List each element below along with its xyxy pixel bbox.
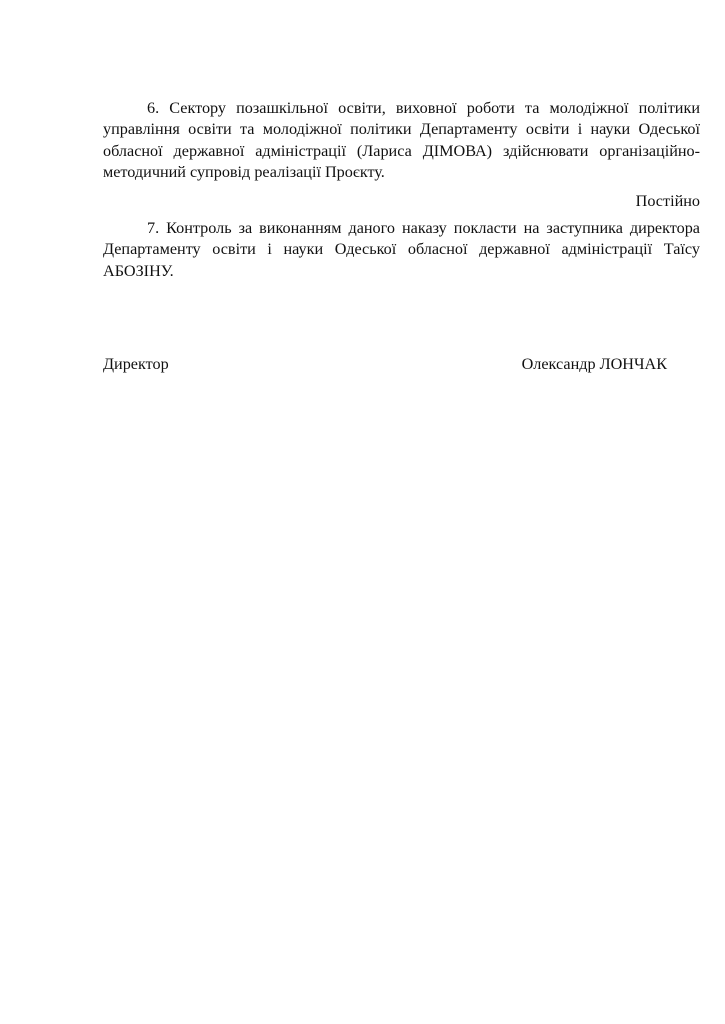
document-page: 6. Сектору позашкільної освіти, виховної… <box>0 0 725 1024</box>
signatory-name: Олександр ЛОНЧАК <box>522 354 667 375</box>
item-7-text: Контроль за виконанням даного наказу пок… <box>103 219 700 280</box>
signature-block: Директор Олександр ЛОНЧАК <box>103 354 667 375</box>
item-7-number: 7. <box>147 219 159 237</box>
item-6-term: Постійно <box>103 191 700 212</box>
item-7-paragraph: 7. Контроль за виконанням даного наказу … <box>103 218 700 282</box>
item-6-number: 6. <box>147 99 159 117</box>
document-body: 6. Сектору позашкільної освіти, виховної… <box>103 98 700 282</box>
item-6-text: Сектору позашкільної освіти, виховної ро… <box>103 99 700 181</box>
item-6-paragraph: 6. Сектору позашкільної освіти, виховної… <box>103 98 700 184</box>
signatory-position: Директор <box>103 354 169 375</box>
